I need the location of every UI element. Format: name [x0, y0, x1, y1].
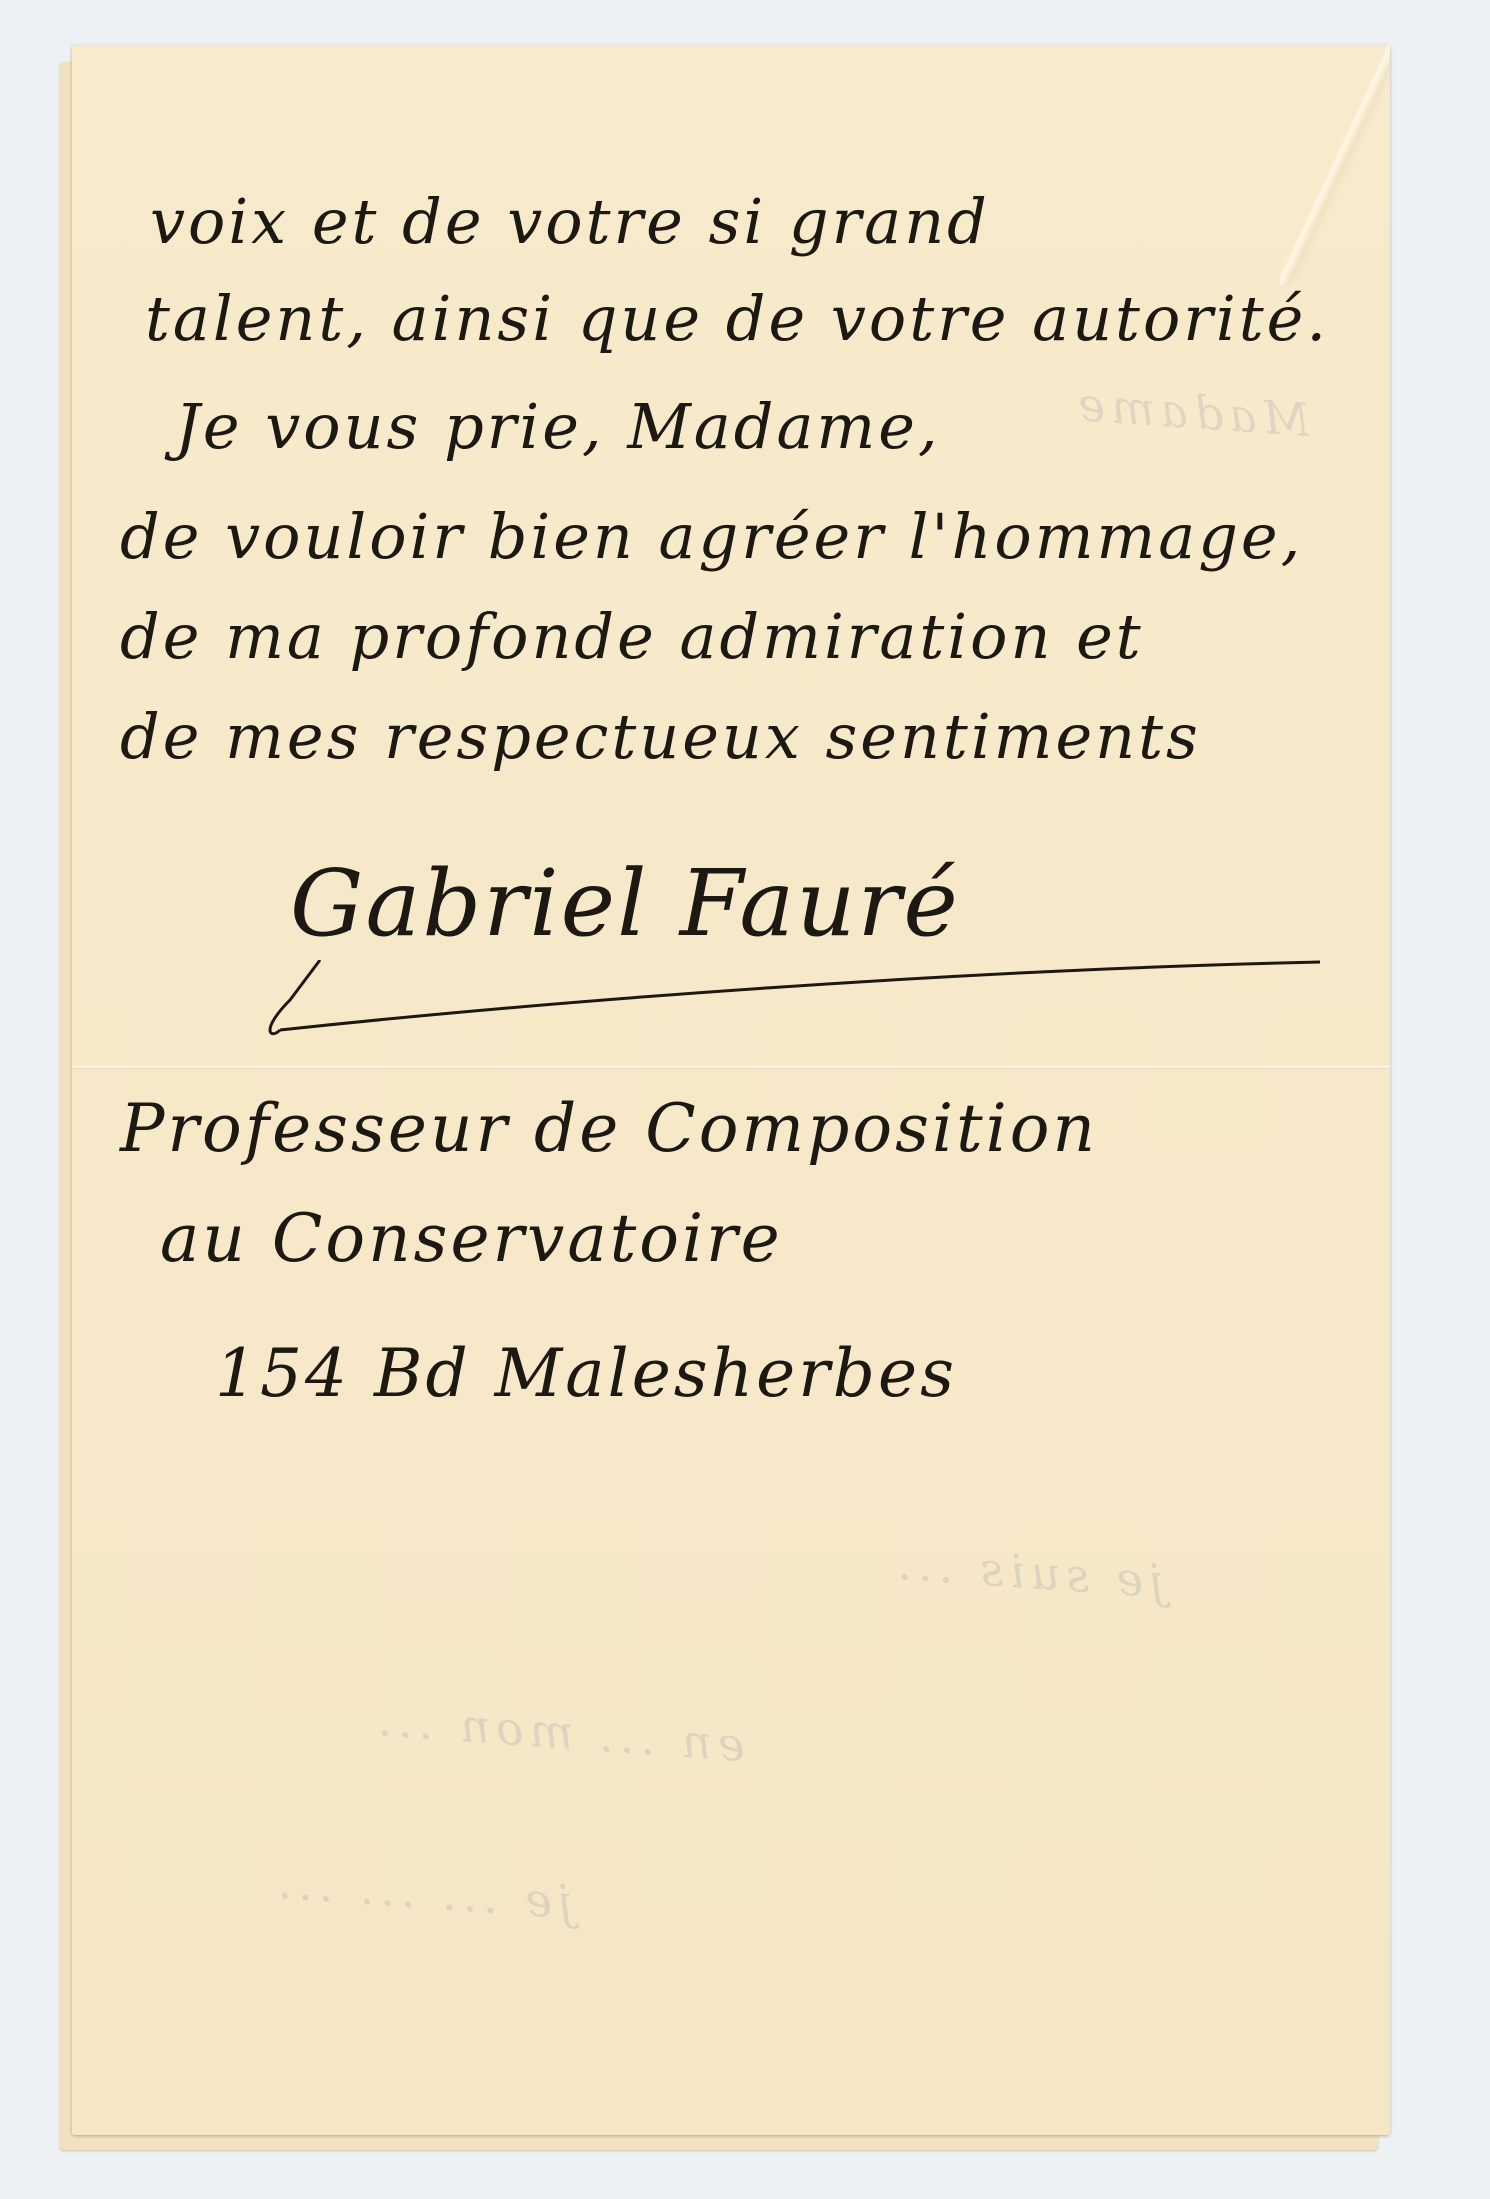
letter-line-3: Je vous prie, Madame,: [175, 390, 941, 463]
signature: Gabriel Fauré: [290, 850, 960, 957]
signature-flourish: [260, 960, 1340, 1040]
bleed-through-text: Madame: [1070, 377, 1311, 447]
bleed-through-text: je ... ... ...: [270, 1855, 574, 1930]
address-line: 154 Bd Malesherbes: [215, 1335, 957, 1412]
corner-crease: [1280, 45, 1390, 285]
letter-line-4: de vouloir bien agréer l'hommage,: [120, 500, 1303, 573]
letter-line-6: de mes respectueux sentiments: [120, 700, 1201, 773]
institution-line: au Conservatoire: [160, 1200, 783, 1277]
letter-line-5: de ma profonde admiration et: [120, 600, 1144, 673]
fold-crease: [72, 1065, 1390, 1069]
bleed-through-text: je suis ...: [890, 1536, 1165, 1609]
letter-line-1: voix et de votre si grand: [150, 185, 990, 258]
bleed-through-text: en ... mon ...: [371, 1692, 747, 1772]
letter-line-2: talent, ainsi que de votre autorité.: [145, 282, 1329, 355]
title-line: Professeur de Composition: [120, 1090, 1098, 1167]
